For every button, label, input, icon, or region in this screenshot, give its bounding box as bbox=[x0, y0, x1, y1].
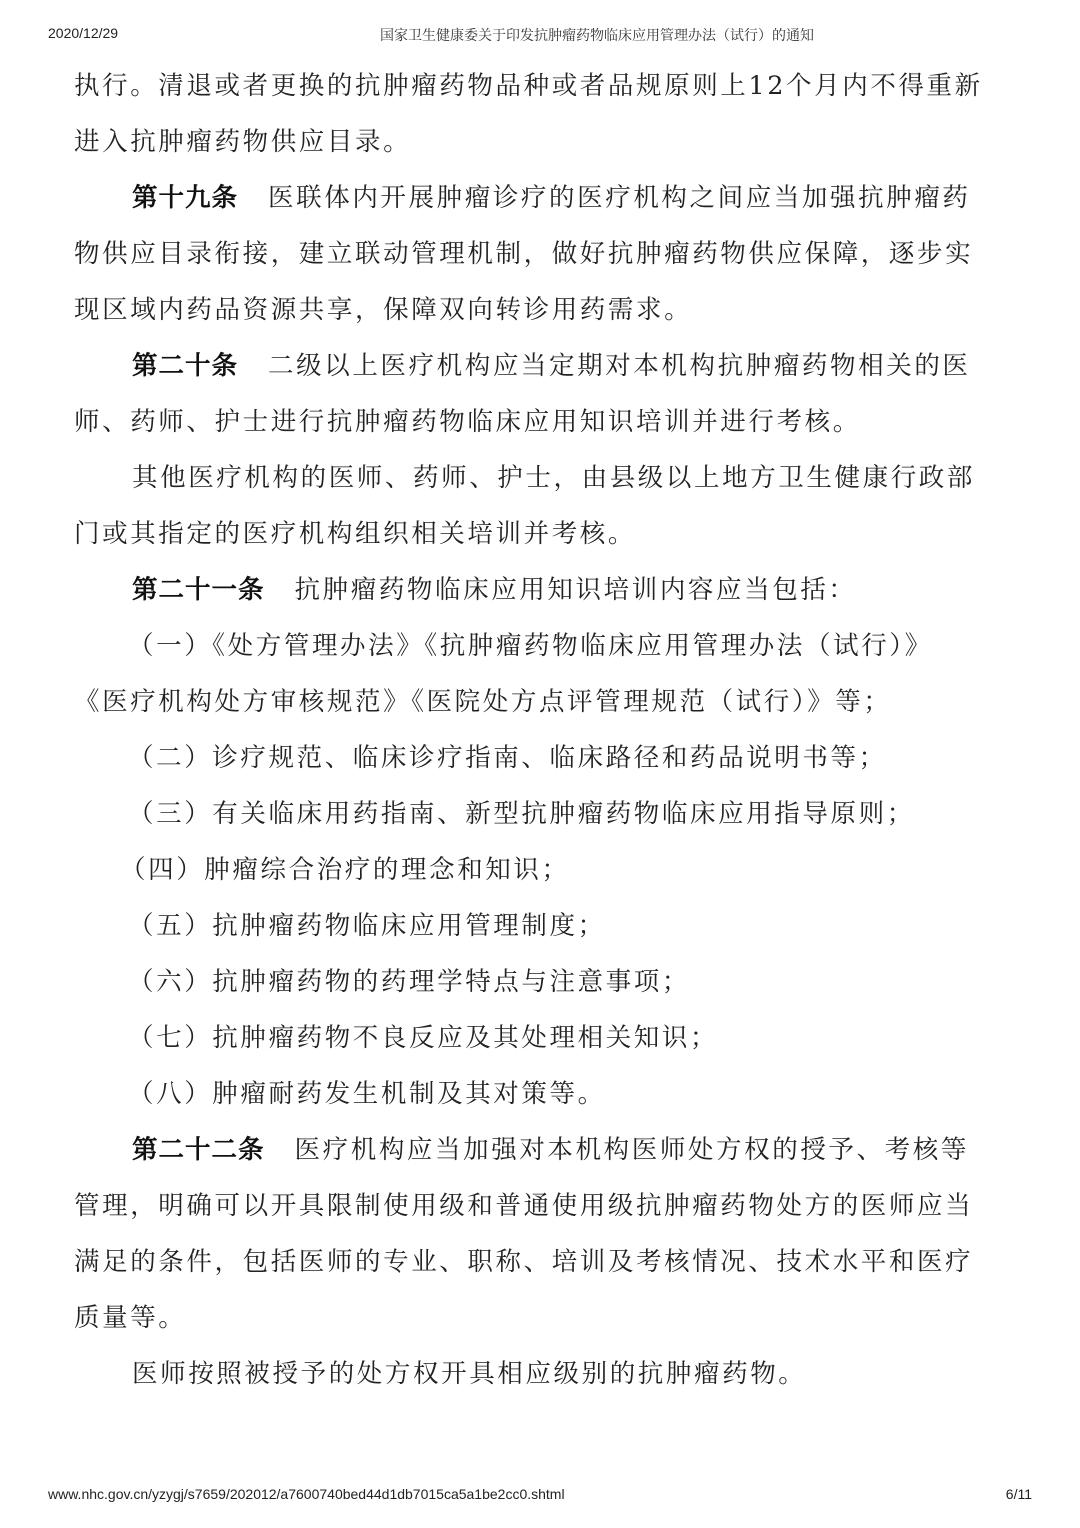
article-22-label: 第二十二条 bbox=[132, 1135, 265, 1165]
source-url: www.nhc.gov.cn/yzygj/s7659/202012/a76007… bbox=[48, 1486, 565, 1502]
article-21-item: （三）有关临床用药指南、新型抗肿瘤药物临床应用指导原则； bbox=[74, 786, 1014, 842]
article-21-item: （一）《处方管理办法》《抗肿瘤药物临床应用管理办法（试行）》 bbox=[74, 618, 1014, 674]
document-body: 执行。清退或者更换的抗肿瘤药物品种或者品规原则上12个月内不得重新 进入抗肿瘤药… bbox=[74, 58, 1014, 1402]
page-footer: www.nhc.gov.cn/yzygj/s7659/202012/a76007… bbox=[0, 1486, 1080, 1506]
article-21-item: （四）肿瘤综合治疗的理念和知识； bbox=[74, 842, 1014, 898]
article-22-line: 管理，明确可以开具限制使用级和普通使用级抗肿瘤药物处方的医师应当 bbox=[74, 1178, 1014, 1234]
article-22-line: 质量等。 bbox=[74, 1290, 1014, 1346]
article-21-label: 第二十一条 bbox=[132, 575, 265, 605]
article-20-paragraph: 其他医疗机构的医师、药师、护士，由县级以上地方卫生健康行政部 bbox=[74, 450, 1014, 506]
page-header: 2020/12/29 国家卫生健康委关于印发抗肿瘤药物临床应用管理办法（试行）的… bbox=[0, 25, 1080, 45]
article-21-item: （八）肿瘤耐药发生机制及其对策等。 bbox=[74, 1066, 1014, 1122]
article-19-line: 物供应目录衔接，建立联动管理机制，做好抗肿瘤药物供应保障，逐步实 bbox=[74, 226, 1014, 282]
article-21-line: 第二十一条抗肿瘤药物临床应用知识培训内容应当包括： bbox=[74, 562, 1014, 618]
continuation-line: 执行。清退或者更换的抗肿瘤药物品种或者品规原则上12个月内不得重新 bbox=[74, 58, 1014, 114]
article-21-item: （六）抗肿瘤药物的药理学特点与注意事项； bbox=[74, 954, 1014, 1010]
article-20-line: 师、药师、护士进行抗肿瘤药物临床应用知识培训并进行考核。 bbox=[74, 394, 1014, 450]
article-21-item: （二）诊疗规范、临床诊疗指南、临床路径和药品说明书等； bbox=[74, 730, 1014, 786]
article-21-item: （五）抗肿瘤药物临床应用管理制度； bbox=[74, 898, 1014, 954]
article-21-item: （七）抗肿瘤药物不良反应及其处理相关知识； bbox=[74, 1010, 1014, 1066]
continuation-line: 进入抗肿瘤药物供应目录。 bbox=[74, 114, 1014, 170]
article-19-line: 现区域内药品资源共享，保障双向转诊用药需求。 bbox=[74, 282, 1014, 338]
article-20-line: 第二十条二级以上医疗机构应当定期对本机构抗肿瘤药物相关的医 bbox=[74, 338, 1014, 394]
article-19-label: 第十九条 bbox=[132, 183, 238, 213]
article-22-line: 第二十二条医疗机构应当加强对本机构医师处方权的授予、考核等 bbox=[74, 1122, 1014, 1178]
page-number: 6/11 bbox=[1006, 1486, 1032, 1502]
document-title: 国家卫生健康委关于印发抗肿瘤药物临床应用管理办法（试行）的通知 bbox=[380, 25, 814, 45]
article-20-paragraph: 门或其指定的医疗机构组织相关培训并考核。 bbox=[74, 506, 1014, 562]
print-date: 2020/12/29 bbox=[48, 25, 118, 41]
article-22-paragraph: 医师按照被授予的处方权开具相应级别的抗肿瘤药物。 bbox=[74, 1346, 1014, 1402]
article-19-line: 第十九条医联体内开展肿瘤诊疗的医疗机构之间应当加强抗肿瘤药 bbox=[74, 170, 1014, 226]
article-22-line: 满足的条件，包括医师的专业、职称、培训及考核情况、技术水平和医疗 bbox=[74, 1234, 1014, 1290]
article-21-item: 《医疗机构处方审核规范》《医院处方点评管理规范（试行）》等； bbox=[74, 674, 1014, 730]
article-20-label: 第二十条 bbox=[132, 351, 238, 381]
